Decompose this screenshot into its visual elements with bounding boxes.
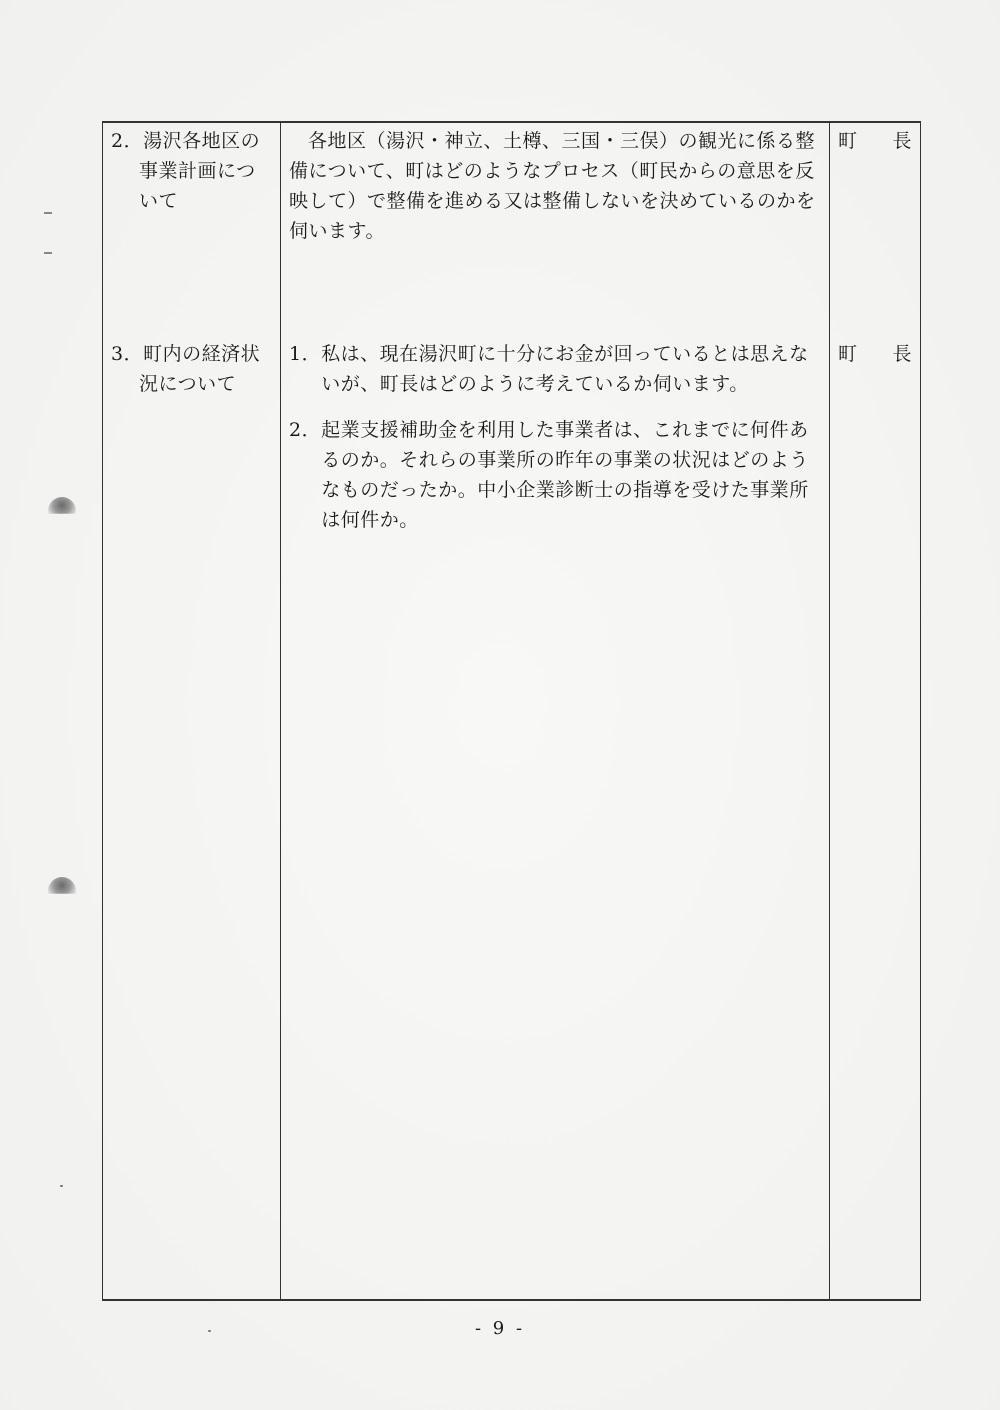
topic-cell: 2．湯沢各地区の 事業計画につ いて [103, 122, 281, 322]
respondent-char: 長 [892, 126, 912, 156]
respondent-char: 長 [892, 339, 912, 369]
detail-item: 2．起業支援補助金を利用した事業者は、これまでに何件あるのか。それらの事業所の昨… [289, 415, 823, 535]
topic-line: 3．町内の経済状 [111, 343, 260, 365]
table-row: 3．町内の経済状 況について 1．私は、現在湯沢町に十分にお金が回っているとは思… [103, 322, 921, 1300]
respondent-char: 町 [838, 126, 858, 156]
margin-mark [44, 252, 52, 254]
table-row: 2．湯沢各地区の 事業計画につ いて 各地区（湯沢・神立、土樽、三国・三俣）の観… [103, 122, 921, 322]
topic-line: 2．湯沢各地区の [111, 130, 260, 152]
respondent-cell: 町 長 [830, 122, 921, 322]
respondent-cell: 町 長 [830, 322, 921, 1300]
detail-cell: 各地区（湯沢・神立、土樽、三国・三俣）の観光に係る整備について、町はどのようなプ… [281, 122, 830, 322]
topic-cell: 3．町内の経済状 況について [103, 322, 281, 1300]
respondent-char: 町 [838, 339, 858, 369]
detail-paragraph: 各地区（湯沢・神立、土樽、三国・三俣）の観光に係る整備について、町はどのようなプ… [289, 126, 823, 246]
topic-line: 事業計画につ [111, 156, 274, 186]
detail-cell: 1．私は、現在湯沢町に十分にお金が回っているとは思えないが、町長はどのように考え… [281, 322, 830, 1300]
topic-line: 況について [111, 369, 274, 399]
general-question-table: 2．湯沢各地区の 事業計画につ いて 各地区（湯沢・神立、土樽、三国・三俣）の観… [102, 121, 921, 1301]
topic-line: いて [111, 186, 274, 216]
detail-item: 1．私は、現在湯沢町に十分にお金が回っているとは思えないが、町長はどのように考え… [289, 339, 823, 399]
margin-mark [44, 212, 52, 214]
page-number: - 9 - [0, 1318, 1000, 1339]
scan-speck [60, 1185, 63, 1187]
